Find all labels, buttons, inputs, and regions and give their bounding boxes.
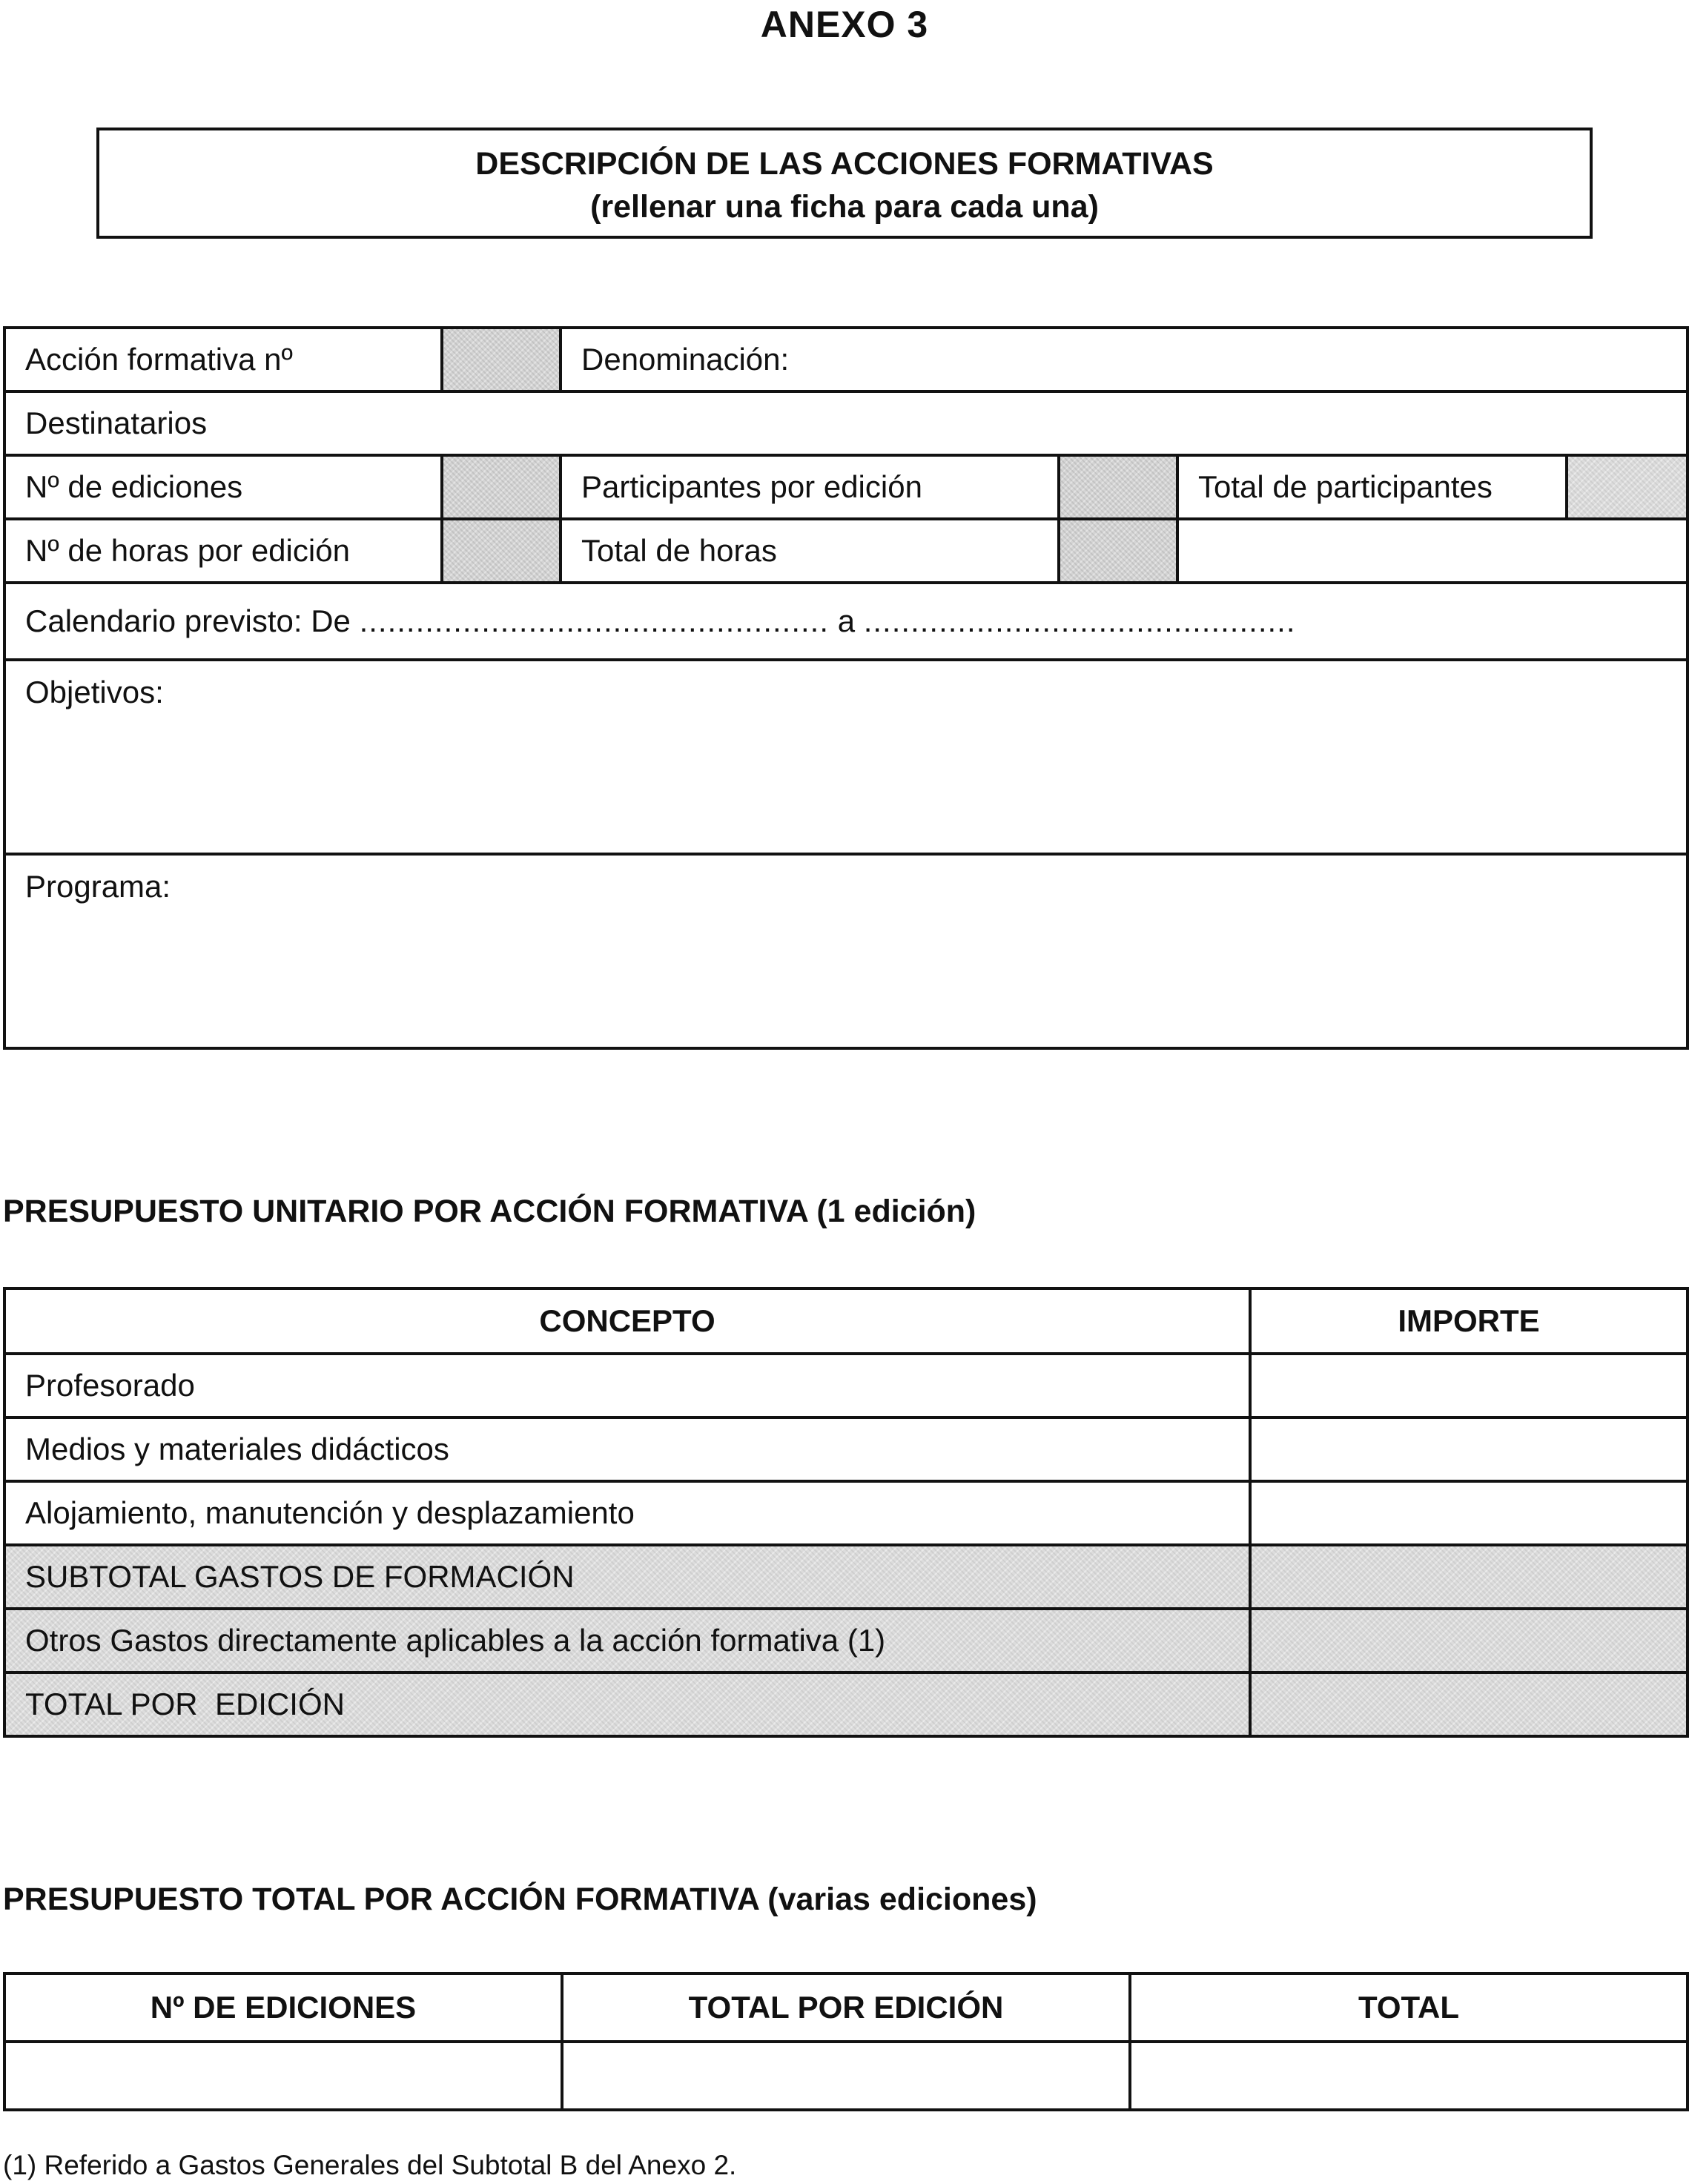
header-total-por-edicion: TOTAL POR EDICIÓN (562, 1973, 1130, 2042)
form-row-calendario: Calendario previsto: De ................… (4, 583, 1688, 660)
header-total: TOTAL (1130, 1973, 1688, 2042)
total-horas-field[interactable] (1059, 519, 1177, 583)
total-por-edicion-field[interactable] (562, 2042, 1130, 2110)
form-row-programa: Programa: (4, 854, 1688, 1048)
programa-label: Programa: (25, 869, 171, 904)
participantes-edicion-label: Participantes por edición (561, 455, 1059, 519)
horas-edicion-label: Nº de horas por edición (4, 519, 442, 583)
budget-unit-header-row: CONCEPTO IMPORTE (4, 1288, 1688, 1354)
total-field[interactable] (1130, 2042, 1688, 2110)
calendario-field[interactable]: Calendario previsto: De ................… (4, 583, 1688, 660)
total-participantes-label: Total de participantes (1177, 455, 1567, 519)
concepto-cell: Medios y materiales didácticos (4, 1417, 1250, 1481)
budget-total-title: PRESUPUESTO TOTAL POR ACCIÓN FORMATIVA (… (3, 1882, 1037, 1918)
calendario-label: Calendario previsto: De (25, 603, 351, 638)
budget-row: SUBTOTAL GASTOS DE FORMACIÓN (4, 1545, 1688, 1609)
importe-field[interactable] (1250, 1545, 1688, 1609)
budget-unit-title: PRESUPUESTO UNITARIO POR ACCIÓN FORMATIV… (3, 1194, 976, 1230)
form-row-horas: Nº de horas por edición Total de horas (4, 519, 1688, 583)
form-row-ediciones: Nº de ediciones Participantes por edició… (4, 455, 1688, 519)
calendario-from-dots[interactable]: ........................................… (360, 603, 829, 638)
ediciones-field[interactable] (442, 455, 561, 519)
header-box: DESCRIPCIÓN DE LAS ACCIONES FORMATIVAS (… (96, 128, 1593, 239)
concepto-cell: Profesorado (4, 1354, 1250, 1417)
action-description-form: Acción formativa nº Denominación: Destin… (3, 326, 1689, 1050)
objetivos-field[interactable]: Objetivos: (4, 660, 1688, 854)
importe-field[interactable] (1250, 1481, 1688, 1545)
empty-cell (1177, 519, 1688, 583)
budget-total-header-row: Nº DE EDICIONES TOTAL POR EDICIÓN TOTAL (4, 1973, 1688, 2042)
calendario-to-dots[interactable]: ........................................… (864, 603, 1296, 638)
budget-total-title-text: PRESUPUESTO TOTAL POR ACCIÓN FORMATIVA (3, 1882, 758, 1917)
form-row-accion: Acción formativa nº Denominación: (4, 328, 1688, 391)
budget-row: Otros Gastos directamente aplicables a l… (4, 1609, 1688, 1672)
header-num-ediciones: Nº DE EDICIONES (4, 1973, 562, 2042)
form-row-destinatarios: Destinatarios (4, 391, 1688, 455)
concepto-cell: TOTAL POR EDICIÓN (4, 1672, 1250, 1736)
importe-field[interactable] (1250, 1417, 1688, 1481)
document-title: ANEXO 3 (0, 3, 1689, 46)
budget-total-subtitle: (varias ediciones) (767, 1882, 1037, 1917)
budget-unit-subtitle: (1 edición) (816, 1194, 976, 1229)
ediciones-label: Nº de ediciones (4, 455, 442, 519)
importe-field[interactable] (1250, 1609, 1688, 1672)
header-box-subtitle: (rellenar una ficha para cada una) (99, 185, 1590, 228)
budget-row: Medios y materiales didácticos (4, 1417, 1688, 1481)
concepto-cell: Otros Gastos directamente aplicables a l… (4, 1609, 1250, 1672)
form-row-objetivos: Objetivos: (4, 660, 1688, 854)
importe-field[interactable] (1250, 1672, 1688, 1736)
budget-total-value-row (4, 2042, 1688, 2110)
budget-unit-table: CONCEPTO IMPORTE ProfesoradoMedios y mat… (3, 1287, 1689, 1738)
total-participantes-field[interactable] (1567, 455, 1688, 519)
budget-row: Alojamiento, manutención y desplazamient… (4, 1481, 1688, 1545)
destinatarios-field[interactable]: Destinatarios (4, 391, 1688, 455)
accion-label: Acción formativa nº (4, 328, 442, 391)
denominacion-label: Denominación: (581, 342, 789, 377)
destinatarios-label: Destinatarios (25, 406, 207, 440)
importe-field[interactable] (1250, 1354, 1688, 1417)
denominacion-field[interactable]: Denominación: (561, 328, 1688, 391)
budget-unit-title-text: PRESUPUESTO UNITARIO POR ACCIÓN FORMATIV… (3, 1194, 807, 1229)
programa-field[interactable]: Programa: (4, 854, 1688, 1048)
header-concepto: CONCEPTO (4, 1288, 1250, 1354)
header-box-title: DESCRIPCIÓN DE LAS ACCIONES FORMATIVAS (99, 142, 1590, 185)
concepto-cell: Alojamiento, manutención y desplazamient… (4, 1481, 1250, 1545)
budget-total-table: Nº DE EDICIONES TOTAL POR EDICIÓN TOTAL (3, 1972, 1689, 2111)
budget-row: Profesorado (4, 1354, 1688, 1417)
footnote: (1) Referido a Gastos Generales del Subt… (3, 2150, 736, 2181)
participantes-edicion-field[interactable] (1059, 455, 1177, 519)
concepto-cell: SUBTOTAL GASTOS DE FORMACIÓN (4, 1545, 1250, 1609)
calendario-connector: a (838, 603, 855, 638)
header-importe: IMPORTE (1250, 1288, 1688, 1354)
accion-number-field[interactable] (442, 328, 561, 391)
num-ediciones-field[interactable] (4, 2042, 562, 2110)
objetivos-label: Objetivos: (25, 675, 164, 709)
horas-edicion-field[interactable] (442, 519, 561, 583)
total-horas-label: Total de horas (561, 519, 1059, 583)
budget-row: TOTAL POR EDICIÓN (4, 1672, 1688, 1736)
